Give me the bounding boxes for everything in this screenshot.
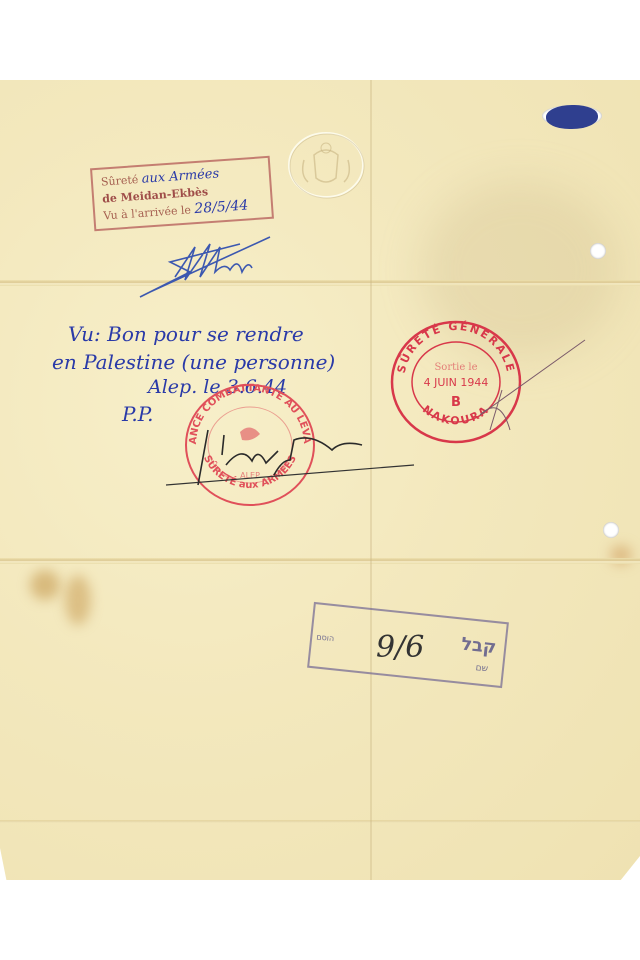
stamp-small-text: הוסם: [316, 632, 335, 643]
handwritten-line: Vu: Bon pour se rendre: [68, 322, 304, 346]
signature-scribble: [130, 232, 280, 302]
handwritten-line: en Palestine (une personne): [52, 350, 335, 374]
binding-thread: [546, 105, 598, 129]
water-stain: [65, 575, 91, 625]
fold-line: [0, 280, 640, 286]
punch-hole: [603, 522, 619, 538]
pen-stroke: [440, 335, 590, 435]
handwritten-date: 9/6: [376, 630, 424, 665]
signature-scribble: [162, 425, 422, 495]
fold-line: [0, 820, 640, 823]
stamp-printed: Sûreté: [101, 173, 139, 189]
handwritten-line: P.P.: [122, 402, 154, 426]
stamp-word: קבל: [460, 634, 497, 659]
stamp-printed: Vu à l'arrivée le: [103, 203, 191, 222]
punch-hole: [590, 243, 606, 259]
fold-line: [0, 558, 640, 564]
water-stain: [30, 570, 60, 600]
embossed-coat-of-arms-seal: [286, 130, 366, 200]
arrival-stamp: Sûreté aux Armées de Meidan-Ekbès Vu à l…: [90, 156, 274, 231]
arrival-date: 28/5/44: [194, 197, 249, 217]
stamp-small-text: שם: [475, 663, 488, 674]
